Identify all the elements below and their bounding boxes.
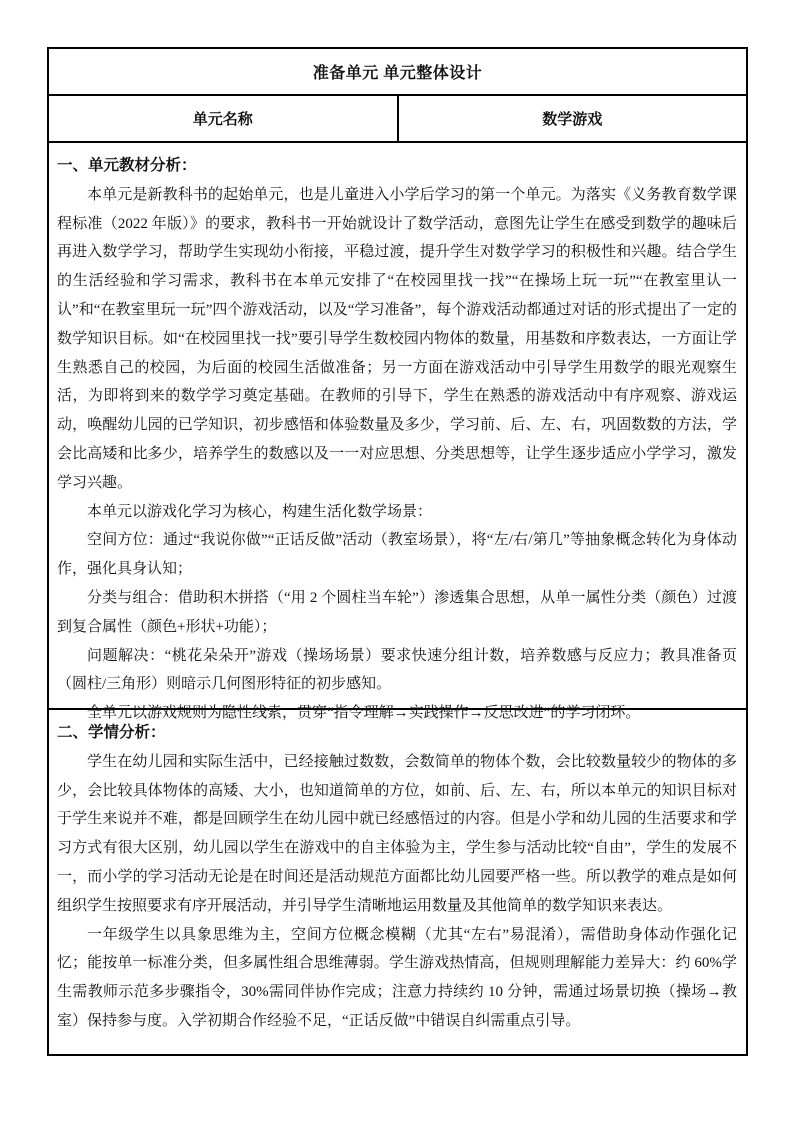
section-1-heading: 一、单元教材分析： [57,152,737,181]
section-2-paragraph-prior-experience: 学生在幼儿园和实际生活中，已经接触过数数，会数简单的物体个数，会比较数量较少的物… [57,748,737,921]
section-1-paragraph-classification: 分类与组合：借助积木拼搭（“用 2 个圆柱当车轮”）渗透集合思想，从单一属性分类… [57,584,737,642]
section-1-paragraph-spatial-orientation: 空间方位：通过“我说你做”“正话反做”活动（教室场景），将“左/右/第几”等抽象… [57,526,737,584]
table-title-row: 准备单元 单元整体设计 [49,49,746,96]
section-1-paragraph-problem-solving: 问题解决：“桃花朵朵开”游戏（操场场景）要求快速分组计数，培养数感与反应力；教具… [57,642,737,700]
section-1-paragraph-unit-overview: 本单元是新教科书的起始单元，也是儿童进入小学后学习的第一个单元。为落实《义务教育… [57,181,737,498]
section-textbook-analysis: 一、单元教材分析： 本单元是新教科书的起始单元，也是儿童进入小学后学习的第一个单… [49,143,746,710]
section-2-paragraph-grade1-traits: 一年级学生以具象思维为主，空间方位概念模糊（尤其“左右”易混淆），需借助身体动作… [57,921,737,1036]
unit-name-label-cell: 单元名称 [49,96,399,141]
unit-name-row: 单元名称 数学游戏 [49,96,746,143]
section-learner-analysis: 二、学情分析： 学生在幼儿园和实际生活中，已经接触过数数，会数简单的物体个数，会… [49,710,746,1054]
unit-design-table: 准备单元 单元整体设计 单元名称 数学游戏 一、单元教材分析： 本单元是新教科书… [47,47,748,1056]
document-page: 准备单元 单元整体设计 单元名称 数学游戏 一、单元教材分析： 本单元是新教科书… [0,0,793,1122]
unit-name-value-cell: 数学游戏 [399,96,747,141]
unit-name-value: 数学游戏 [542,108,602,129]
section-1-paragraph-game-core: 本单元以游戏化学习为核心，构建生活化数学场景： [57,498,737,527]
unit-name-label: 单元名称 [193,108,253,129]
page-title: 准备单元 单元整体设计 [313,60,483,83]
